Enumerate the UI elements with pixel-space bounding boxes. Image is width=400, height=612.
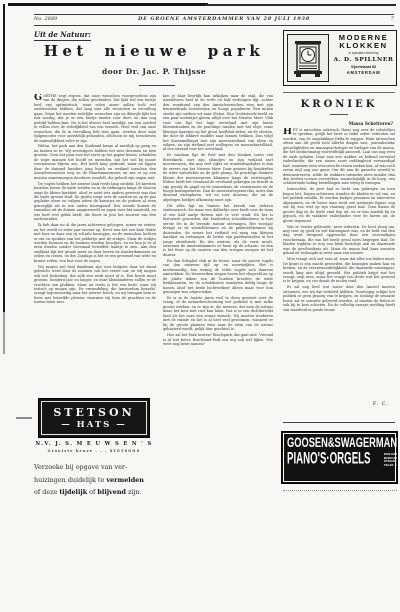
scan-edge-left — [3, 4, 5, 312]
notice-line2-bold: vermelden — [106, 476, 144, 484]
ad-goosen-inner: GOOSEN&SWAGERMAN PIANO'S·ORGELS DEN HAAG… — [282, 432, 397, 467]
notice-line3-end: zijn. — [126, 488, 142, 496]
paragraph: De vogels hebben het nieuwe land reeds l… — [34, 182, 156, 222]
issue-number: No. 2689 — [34, 16, 57, 22]
paragraph: Hoe zal het Park heeten? Boschpark, dat … — [163, 333, 273, 346]
mantel-clock-icon — [287, 34, 329, 82]
paragraph: GOETHE zegt ergens, dat onze wenschen vo… — [34, 94, 156, 143]
ad-klokken-address: Vijzelstraat 83 — [331, 65, 396, 69]
ad-stetson-hats: STETSON — HATS — — [38, 398, 150, 438]
kroniek-divider — [330, 114, 348, 115]
ad-klokken-city: AMSTERDAM — [331, 70, 396, 75]
ad-moderne-klokken: MODERNE KLOKKEN in speciale uitvoering A… — [283, 30, 397, 86]
masthead: DE GROENE AMSTERDAMMER VAN 28 JULI 1938 — [138, 16, 310, 22]
paragraph: Wij mogen wel heel dankbaar zijn voor he… — [34, 265, 156, 305]
header-rule-top — [34, 14, 394, 15]
notice-line3: of deze tijdelijk of blijvend zijn. — [34, 486, 156, 499]
paragraph: Dit alles ligt nu binnen het bereik van … — [163, 204, 273, 257]
notice-line3-mid: of — [87, 488, 97, 496]
paragraph: Men vraagt zich wel eens af, waar dat al… — [283, 257, 395, 284]
ad-meuwsen-block: N.V. J. S. M E U W S E N ' S Grootste ke… — [34, 441, 154, 453]
notice-line2: huizingen duidelijk te vermelden — [34, 474, 156, 487]
notice-line2-pre: huizingen duidelijk te — [34, 476, 106, 484]
header-rule-bottom — [34, 25, 394, 26]
scan-edge-top-left — [8, 3, 208, 6]
ad-meuwsen-company: N.V. J. S. M E U W S E N ' S — [34, 441, 154, 447]
ad-stetson-line2: — HATS — — [39, 420, 149, 430]
paragraph: Ik heb daar nu al die jaren achtereen ge… — [34, 223, 156, 263]
kroniek-rule-top — [283, 92, 395, 93]
page-header: No. 2689 DE GROENE AMSTERDAMMER VAN 28 J… — [34, 16, 394, 22]
article-byline: door Dr. Jac. P. Thijsse — [34, 67, 274, 76]
kroniek-title: KRONIEK — [283, 99, 395, 110]
article-column-1: GOETHE zegt ergens, dat onze wenschen vo… — [34, 94, 156, 392]
notice-line3-bold1: tijdelijk — [59, 488, 87, 496]
kroniek-signature: F. C. — [283, 401, 389, 407]
paragraph: Er vandaan ligt de Poel met den slanken … — [163, 153, 273, 202]
margin-mark — [16, 417, 32, 419]
kroniek-column: HET is misschien onkiesch, thans nog ove… — [283, 128, 395, 396]
ad-goosen-phone: TELEF. 116304 — [384, 464, 398, 468]
scan-edge-left-fade — [3, 312, 5, 354]
ad-goosen-name: GOOSEN&SWAGERMAN — [287, 436, 385, 451]
newspaper-page: No. 2689 DE GROENE AMSTERDAMMER VAN 28 J… — [0, 0, 400, 612]
kroniek-rule-bottom — [283, 422, 395, 423]
paragraph: Intusschen, de pers had er lucht van gek… — [283, 187, 395, 223]
kroniek-byline: Massa Schetteren? — [283, 121, 393, 126]
article-column-2: ken je daar heerlijk kan uitkijken naar … — [163, 94, 273, 494]
ad-goosen-products: PIANO'S·ORGELS — [287, 450, 371, 468]
section-rubric: Uit de Natuur: — [34, 30, 91, 41]
ad-klokken-company: A. D. SPILLNER — [331, 57, 396, 63]
ad-goosen-swagerman: GOOSEN&SWAGERMAN PIANO'S·ORGELS DEN HAAG… — [281, 431, 398, 484]
paragraph: Wat er verder gebeurde, weet iedereen. D… — [283, 225, 395, 256]
ad-meuwsen-tagline: Grootste keuze . . . STETSONS — [34, 449, 154, 453]
notice-line3-bold2: blijvend — [97, 488, 126, 496]
paragraph: En dan Schiphol vlak in de buurt, waar d… — [163, 259, 273, 295]
notice-line3-pre: of deze — [34, 488, 59, 496]
paragraph: Welnu, het park aan den Zuidrand kwam al… — [34, 144, 156, 180]
article-title-block: Het nieuwe park door Dr. Jac. P. Thijsse — [34, 42, 274, 76]
scan-edge-top-right — [205, 4, 396, 6]
page-number: 7 — [391, 16, 394, 22]
ad-goosen-address-block: DEN HAAG BOEKHORST- STRAAT 14 TELEF. 116… — [384, 453, 398, 467]
article-title: Het nieuwe park — [34, 42, 274, 60]
title-divider — [139, 85, 175, 86]
paragraph: Er zal nog heel wat water door den Amste… — [283, 285, 395, 312]
bottom-dotted-rule — [283, 490, 397, 491]
moving-notice: Verzoeke bij opgave van ver- huizingen d… — [34, 461, 156, 499]
ad-klokken-line2: KLOKKEN — [331, 42, 396, 50]
ad-klokken-text: MODERNE KLOKKEN in speciale uitvoering A… — [331, 31, 396, 85]
ad-stetson-line1: STETSON — [39, 406, 149, 419]
notice-line1: Verzoeke bij opgave van ver- — [34, 461, 156, 474]
paragraph: HET is misschien onkiesch, thans nog ove… — [283, 128, 395, 186]
paragraph: Er is in de laatste jaren veel te doen g… — [163, 296, 273, 332]
ad-goosen-row: PIANO'S·ORGELS DEN HAAG BOEKHORST- STRAA… — [287, 453, 392, 467]
paragraph: ken je daar heerlijk kan uitkijken naar … — [163, 94, 273, 152]
ad-klokken-line3: in speciale uitvoering — [331, 51, 396, 55]
